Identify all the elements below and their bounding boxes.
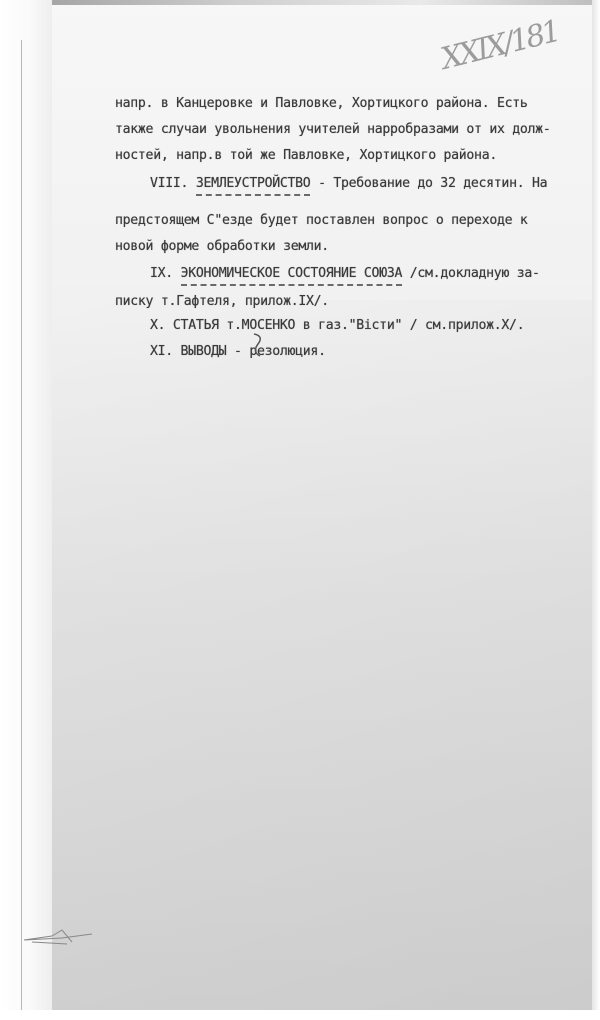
section-8-line-3: новой форме обработки земли. (115, 239, 329, 254)
margin-rule (21, 40, 22, 1015)
scan-right-edge (592, 0, 600, 1020)
section-9-text: /см.докладную за- (402, 266, 540, 281)
section-8: VIII. ЗЕМЛЕУСТРОЙСТВО - Требование до 32… (150, 176, 547, 191)
section-11: XI. ВЫВОДЫ - резолюция. (150, 344, 326, 359)
document-page: XXIX/181 напр. в Канцеровке и Павловке, … (0, 0, 600, 1020)
margin-pencil-mark (22, 920, 102, 960)
section-8-heading: ЗЕМЛЕУСТРОЙСТВО (196, 176, 311, 196)
handwritten-archive-number: XXIX/181 (438, 14, 562, 77)
section-10: X. СТАТЬЯ т.МОСЕНКО в газ."Вісти" / см.п… (150, 318, 524, 333)
section-9-line-2: писку т.Гафтеля, прилож.IX/. (115, 294, 329, 309)
body-line-1: напр. в Канцеровке и Павловке, Хортицког… (115, 96, 528, 111)
section-9: IX. ЭКОНОМИЧЕСКОЕ СОСТОЯНИЕ СОЮЗА /см.до… (150, 266, 540, 281)
body-line-2: также случаи увольнения учителей нарробр… (115, 122, 550, 137)
section-8-number: VIII. (150, 176, 188, 191)
left-margin-strip (0, 0, 52, 1020)
section-8-text: - Требование до 32 десятин. На (310, 176, 547, 191)
body-line-3: ностей, напр.в той же Павловке, Хортицко… (115, 148, 497, 163)
section-9-number: IX. (150, 266, 173, 281)
scan-top-edge (0, 0, 600, 5)
pen-mark (250, 330, 270, 360)
section-9-heading: ЭКОНОМИЧЕСКОЕ СОСТОЯНИЕ СОЮЗА (181, 266, 403, 286)
section-8-line-2: предстоящем С"езде будет поставлен вопро… (115, 213, 528, 228)
paper-shading (52, 300, 600, 1020)
scan-bottom-edge (0, 1010, 600, 1020)
